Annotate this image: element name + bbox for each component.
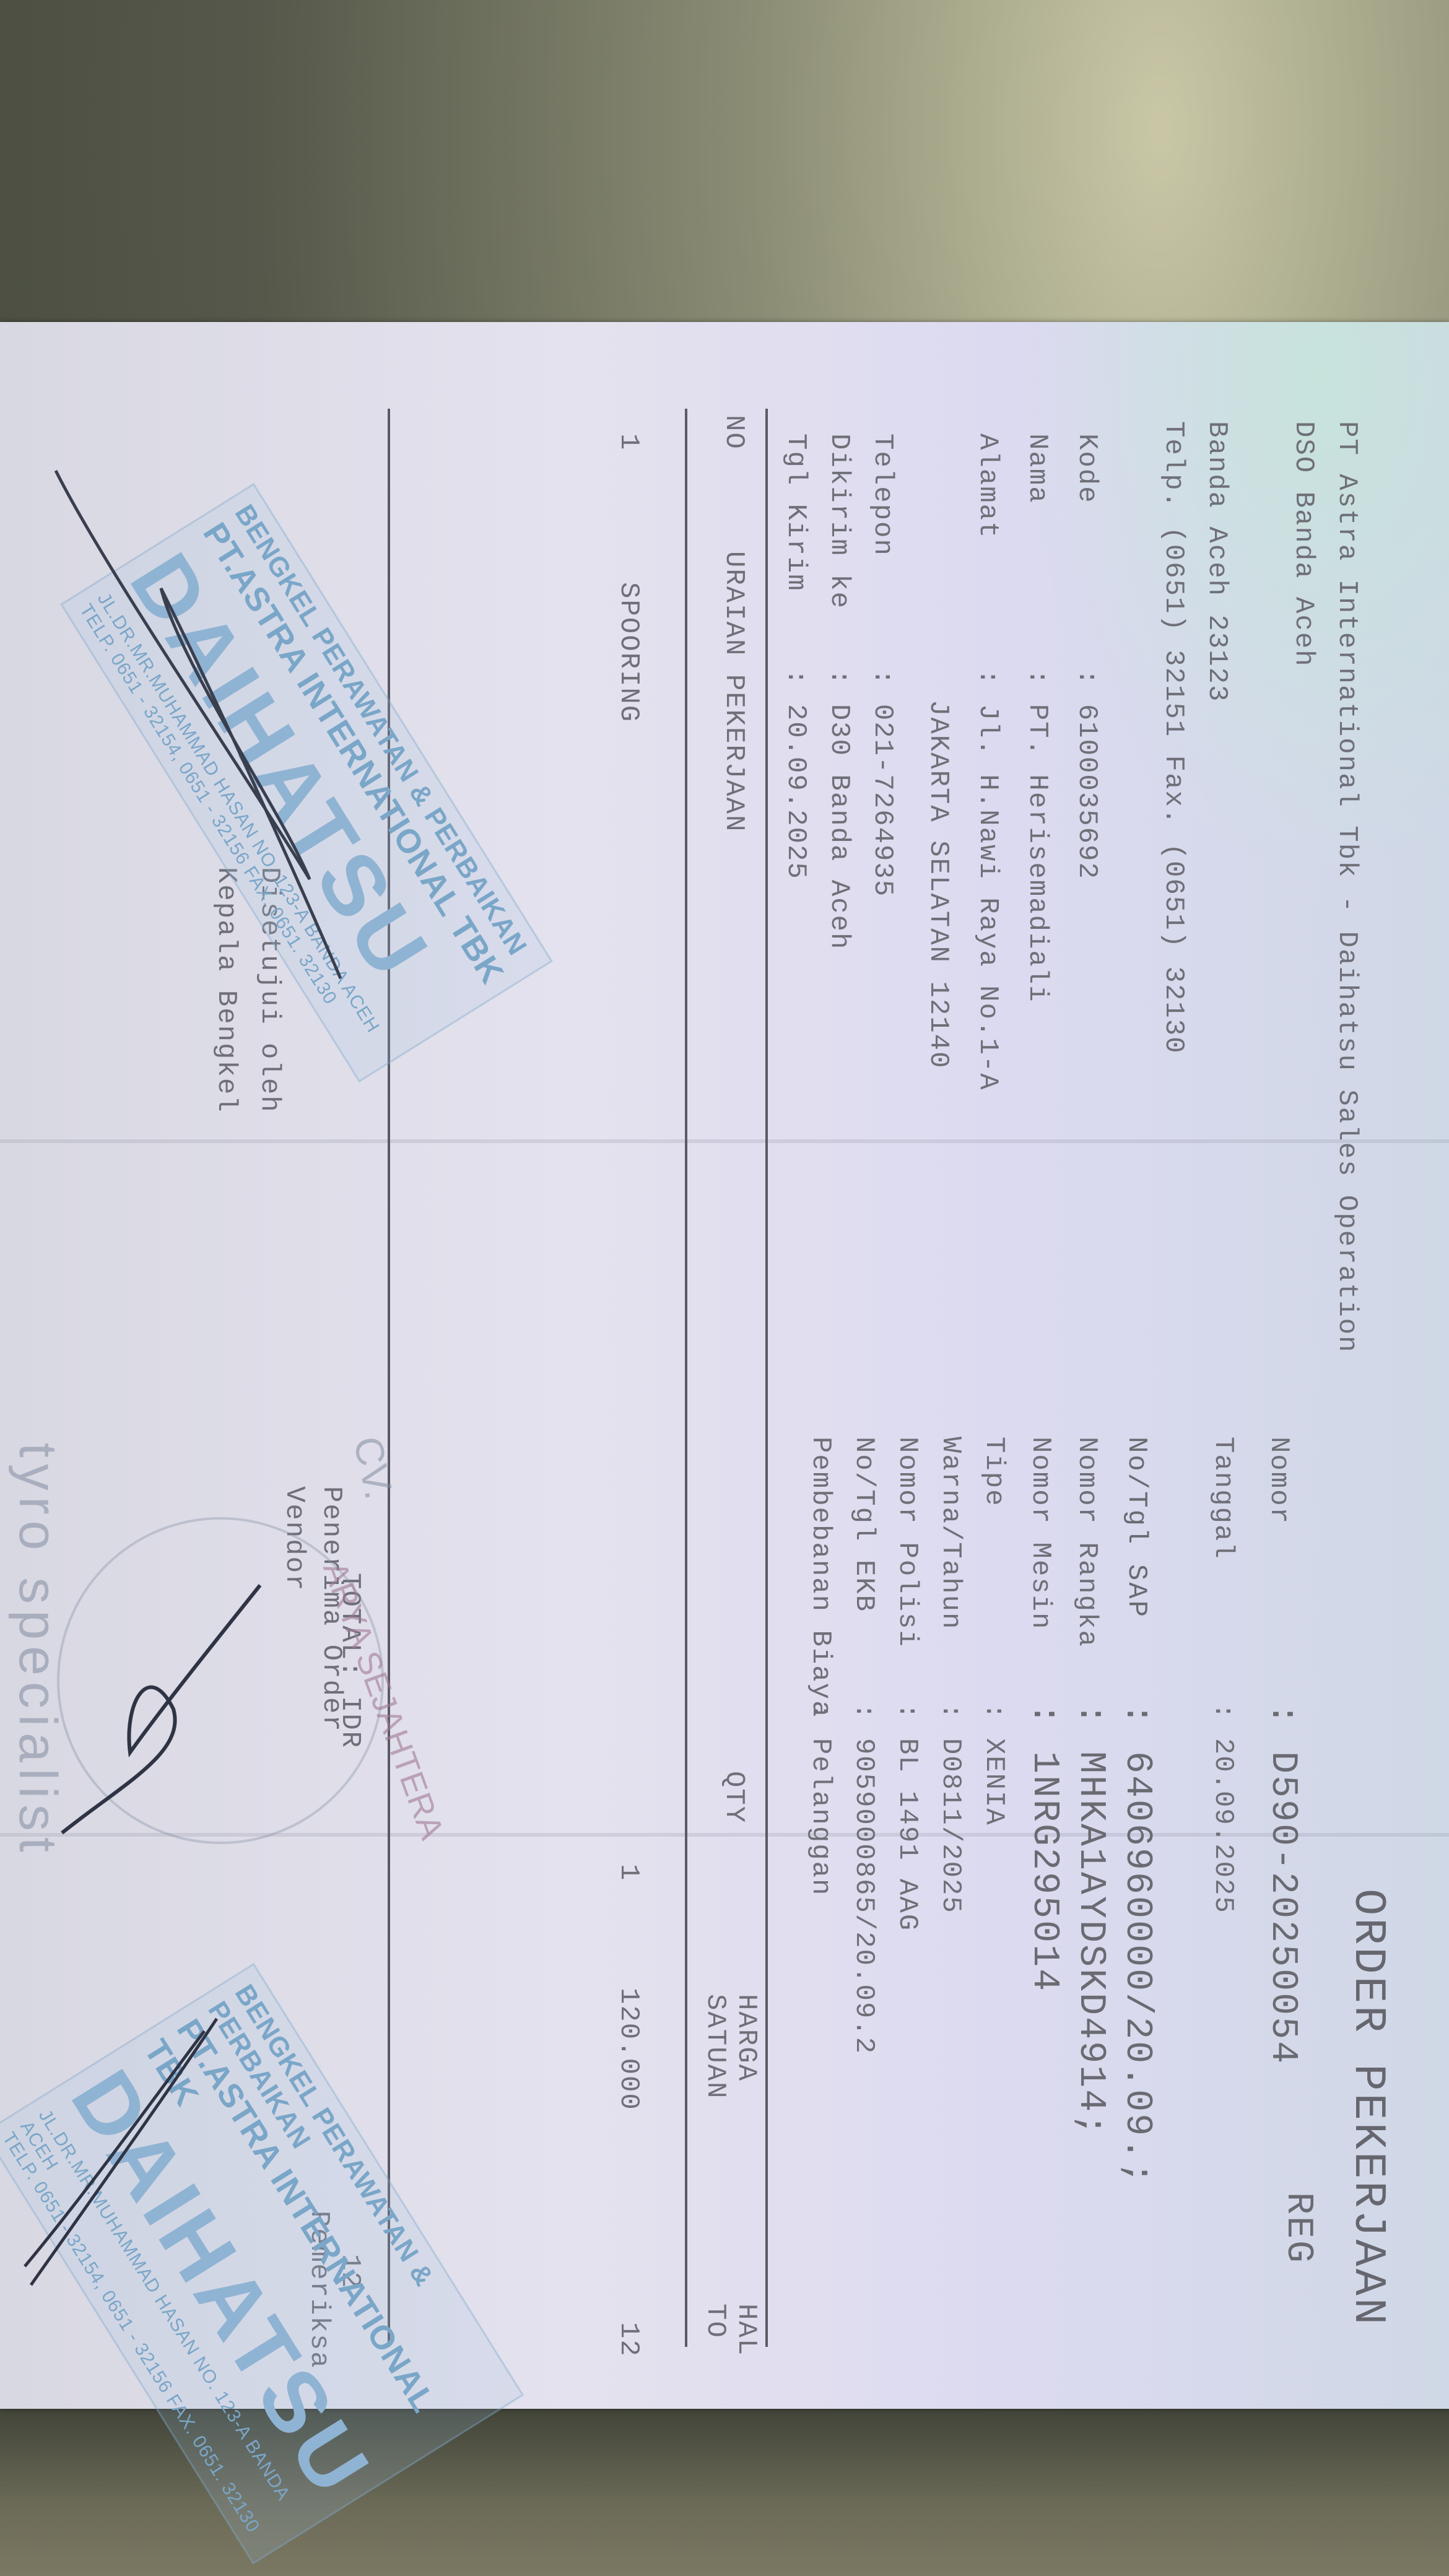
table-rule-header <box>685 409 687 2347</box>
company-line: Banda Aceh 23123 <box>1201 421 1232 702</box>
field-label: Warna/Tahun <box>935 1437 966 1630</box>
field-label: Tipe <box>978 1437 1009 1507</box>
company-line: DSO Banda Aceh <box>1288 421 1319 668</box>
document-subtitle: REG <box>1277 2192 1319 2265</box>
field-label: Tgl Kirim <box>780 433 811 592</box>
field-label: Nomor Rangka <box>1071 1437 1102 1648</box>
field-value: : 20.09.2025 <box>1207 1703 1238 1914</box>
document-title: ORDER PEKERJAAN <box>1342 1889 1393 2327</box>
field-value: : D30 Banda Aceh <box>824 669 855 950</box>
field-value: : 6100035692 <box>1071 669 1102 880</box>
field-value: JAKARTA SELATAN 12140 <box>923 700 954 1069</box>
field-value: : Jl. H.Nawi Raya No.1-A <box>972 669 1003 1091</box>
field-label: No/Tgl SAP <box>1121 1437 1152 1619</box>
field-value: : D0811/2025 <box>935 1703 966 1914</box>
field-value: : 1NRG295014 <box>1023 1703 1065 1993</box>
field-label: Tanggal <box>1207 1437 1238 1560</box>
field-value: : MHKA1AYDSKD4914; <box>1069 1703 1112 2138</box>
cv-prefix: CV. <box>344 1432 402 1503</box>
field-label: Nomor Mesin <box>1025 1437 1056 1630</box>
signature-left <box>19 446 365 1003</box>
column-header-no: NO <box>718 415 749 450</box>
row-uraian: SPOORING <box>613 582 644 723</box>
field-label: Dikirim ke <box>824 433 855 609</box>
field-value: : Pelanggan <box>805 1703 836 1896</box>
order-number: : D590-20250054 <box>1261 1703 1303 2065</box>
field-label: Nomor <box>1263 1437 1294 1525</box>
column-header-uraian: URAIAN PEKERJAAN <box>718 551 749 832</box>
row-harga: 120.000 <box>613 1988 644 2111</box>
company-line: Telp. (0651) 32151 Fax. (0651) 32130 <box>1158 421 1189 1055</box>
field-value: : 021-7264935 <box>867 669 898 897</box>
field-label: Pembebanan Biaya <box>805 1437 836 1718</box>
company-line: PT Astra International Tbk - Daihatsu Sa… <box>1331 421 1362 1353</box>
field-value: : 9059000865/20.09.2 <box>848 1703 879 2055</box>
receipt-paper: PT Astra International Tbk - Daihatsu Sa… <box>0 322 1449 2409</box>
column-header-qty: QTY <box>718 1771 749 1824</box>
field-label: Telepon <box>867 433 898 557</box>
row-no: 1 <box>613 433 644 451</box>
column-header-satuan: SATUAN <box>700 1994 731 2099</box>
table-rule-top <box>765 409 768 2347</box>
signature-middle <box>37 1548 285 1858</box>
field-value: : BL 1491 AAG <box>892 1703 923 1931</box>
field-value: : XENIA <box>978 1703 1009 1826</box>
field-label: Nama <box>1022 433 1053 504</box>
signature-right <box>6 1994 241 2304</box>
field-value: : 6406960000/20.09.; <box>1116 1703 1158 2186</box>
column-header-hal: HAL <box>731 2304 762 2356</box>
order-document: PT Astra International Tbk - Daihatsu Sa… <box>0 322 1449 2409</box>
field-value: : PT. Herisemadiali <box>1022 669 1053 1003</box>
field-label: Alamat <box>972 433 1003 539</box>
field-label: No/Tgl EKB <box>848 1437 879 1612</box>
row-to: 12 <box>613 2322 644 2357</box>
field-value: : 20.09.2025 <box>780 669 811 880</box>
field-label: Nomor Polisi <box>892 1437 923 1648</box>
column-header-to: TO <box>700 2304 731 2339</box>
column-header-harga: HARGA <box>731 1994 762 2082</box>
row-qty: 1 <box>613 1864 644 1881</box>
field-label: Kode <box>1071 433 1102 504</box>
